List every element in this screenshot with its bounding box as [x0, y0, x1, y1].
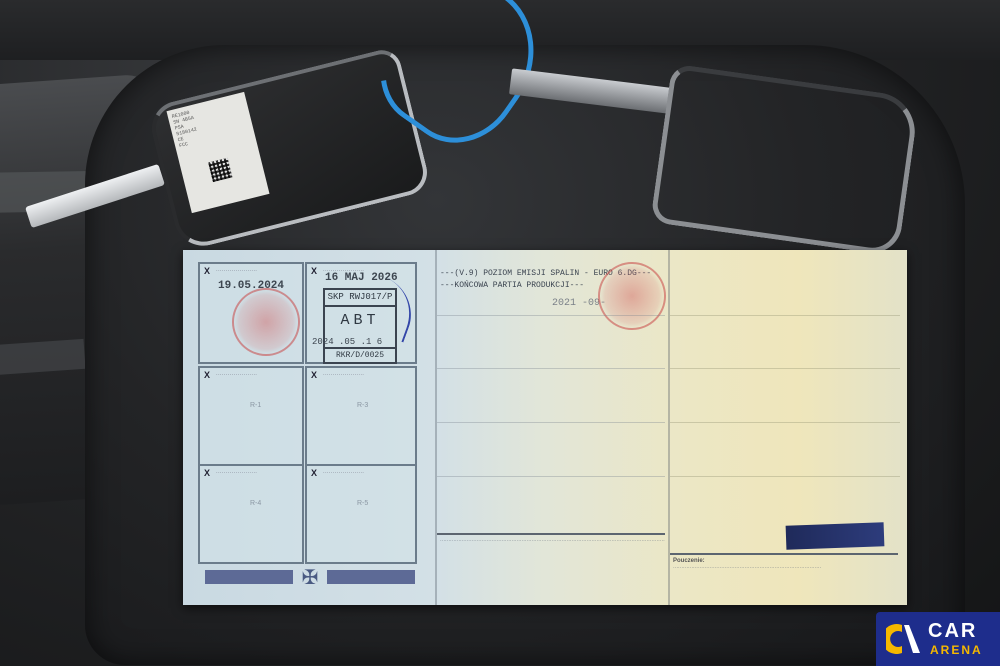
instructions-heading: Pouczenie: — [673, 558, 705, 564]
polish-eagle-icon: ✠ — [297, 565, 323, 591]
ruled-line — [437, 422, 665, 423]
ruled-line — [670, 368, 900, 369]
box-marker: X — [311, 370, 317, 380]
photo-scene: RE1000 SN 4B5A PSA S180142 CE FCC X ····… — [0, 0, 1000, 666]
qr-code-icon — [208, 158, 232, 182]
box-marker: X — [311, 266, 317, 276]
inspection-box-3: X ····················· R-1 — [198, 366, 304, 466]
seatbelt-buckle — [650, 63, 920, 256]
box-heading: ····················· — [323, 372, 364, 378]
ruled-line — [670, 476, 900, 477]
box-marker: X — [204, 266, 210, 276]
emblem-band-right — [327, 570, 415, 584]
document-fold — [668, 250, 670, 605]
box-value: R-4 — [250, 500, 261, 507]
car-arena-logo: CAR ARENA — [876, 612, 1000, 666]
box-value: R-5 — [357, 500, 368, 507]
stamp-partial-date: 2024 .05 .1 6 — [312, 337, 382, 347]
registry-number: RKR/D/0025 — [325, 347, 395, 362]
box-marker: X — [204, 370, 210, 380]
logo-text-arena: ARENA — [930, 643, 983, 657]
inspection-box-4: X ····················· R-3 — [305, 366, 417, 466]
box-value: R-3 — [357, 402, 368, 409]
national-emblem-band: ✠ — [205, 568, 415, 588]
red-official-seal — [232, 288, 300, 356]
ruled-line — [437, 368, 665, 369]
emblem-band-left — [205, 570, 293, 584]
ruled-line — [670, 315, 900, 316]
logo-text-car: CAR — [928, 620, 977, 643]
redacted-area — [786, 522, 885, 549]
box-heading: ····················· — [216, 470, 257, 476]
ruled-line — [437, 476, 665, 477]
ruled-line — [437, 315, 665, 316]
ruled-line — [670, 422, 900, 423]
instructions-text: ········································… — [673, 565, 895, 572]
box-heading: ····················· — [216, 372, 257, 378]
seat-highlight — [0, 339, 86, 377]
box-marker: X — [311, 468, 317, 478]
box-value: R-1 — [250, 402, 261, 409]
fine-print-legend: ········································… — [437, 533, 665, 603]
instructions-section: Pouczenie: ·····························… — [670, 553, 898, 598]
inspection-box-6: X ····················· R-5 — [305, 464, 417, 564]
red-official-seal — [598, 262, 666, 330]
box-marker: X — [204, 468, 210, 478]
inspection-box-5: X ····················· R-4 — [198, 464, 304, 564]
box-heading: ····················· — [216, 268, 257, 274]
car-arena-logo-icon — [886, 622, 922, 656]
box-heading: ····················· — [323, 470, 364, 476]
